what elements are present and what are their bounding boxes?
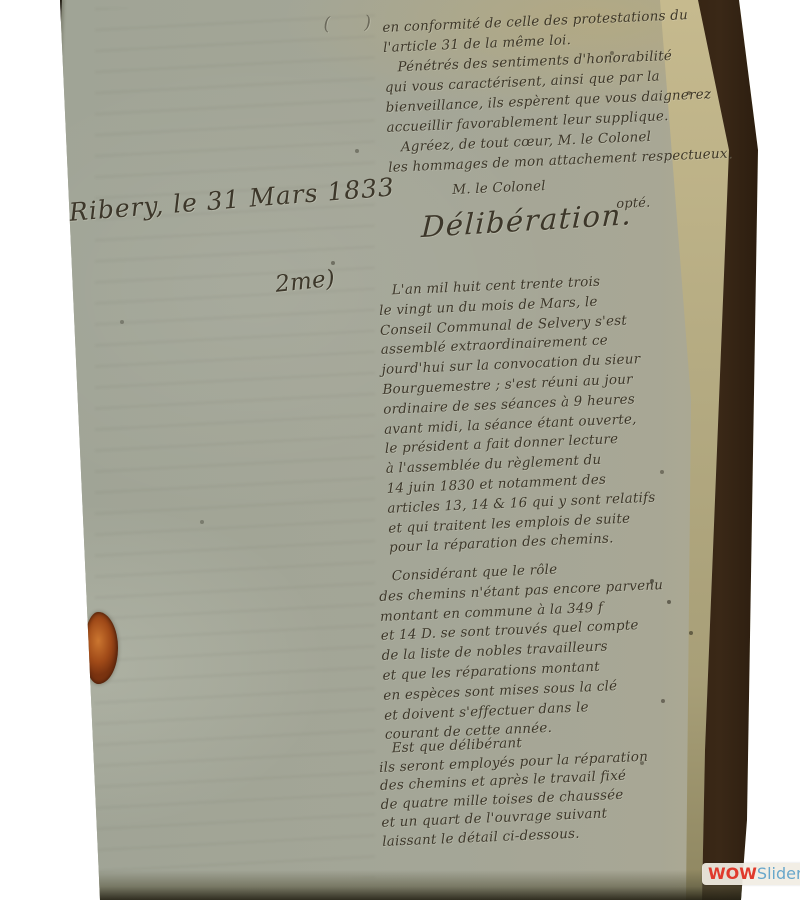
ink-bleedthrough-texture (95, 8, 375, 878)
opening-paragraph: L'an mil huit cent trente troisle vingt … (378, 268, 724, 559)
manuscript-photo-page: ( ) Ribery, le 31 Mars 1833 2me) en conf… (0, 0, 800, 900)
considerant-paragraph: Considérant que le rôledes chemins n'éta… (378, 554, 720, 746)
book-page-photo: ( ) Ribery, le 31 Mars 1833 2me) en conf… (0, 0, 800, 900)
watermark-slider-text: Slider (757, 864, 800, 883)
left-page-edge-line (19, 0, 62, 900)
resolution-paragraph: Est que délibérantils seront employés po… (378, 726, 717, 851)
corner-mark: ( ) (323, 11, 386, 35)
bottom-shadow (0, 870, 800, 900)
top-fragment-paragraph: en conformité de celle des protestations… (382, 4, 723, 178)
deliberation-heading: Délibération. (421, 197, 634, 244)
closing-line: M. le Colonel (452, 178, 546, 198)
wowslider-watermark: WOWSlider (702, 863, 800, 885)
watermark-wow-text: WOW (708, 864, 757, 883)
ink-specks (0, 0, 2, 2)
